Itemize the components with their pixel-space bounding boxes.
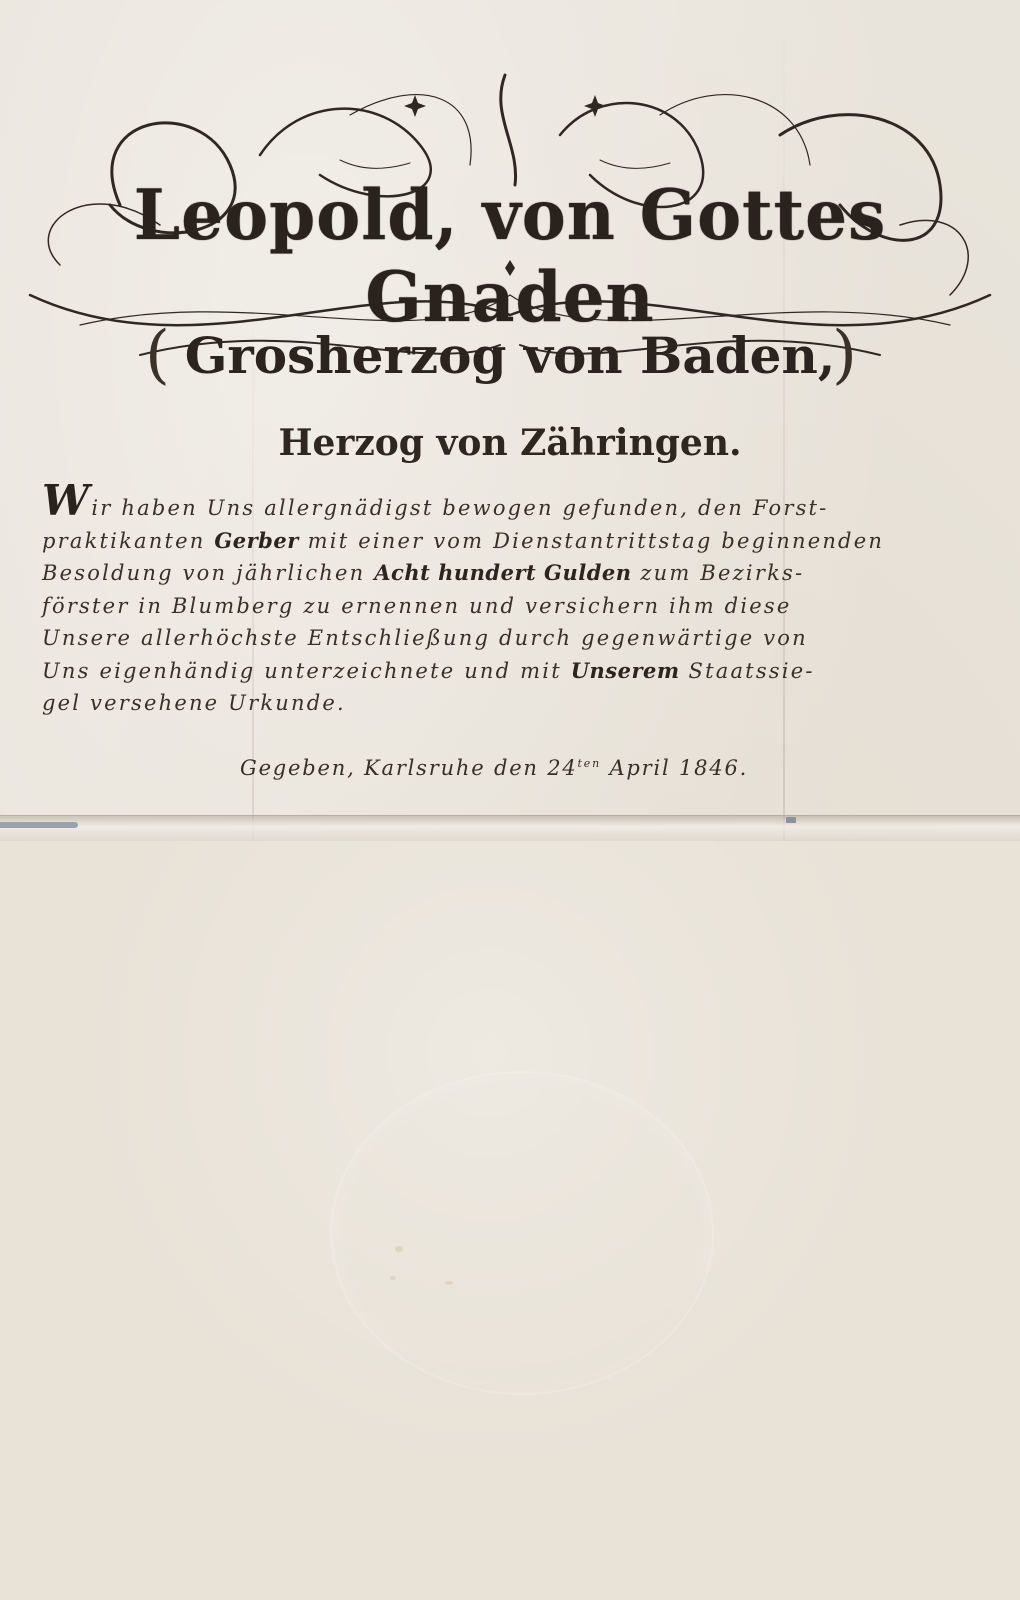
foxing-spot — [395, 1246, 403, 1252]
body-line-text: Unsere allerhöchste Entschließung durch … — [42, 626, 808, 650]
place-and-date: Gegeben, Karlsruhe den 24ten April 1846. — [240, 756, 748, 780]
body-line-text: zum Bezirks- — [632, 561, 805, 585]
body-line: Uns eigenhändig unterzeichnete und mit U… — [42, 655, 982, 688]
body-line-text: förster in Blumberg zu ernennen und vers… — [42, 594, 791, 618]
body-line-text: gel versehene Urkunde. — [42, 691, 346, 715]
salary-amount: Acht hundert Gulden — [374, 560, 631, 585]
body-line: praktikanten Gerber mit einer vom Dienst… — [42, 525, 982, 558]
body-line-text: Staatssie- — [680, 659, 815, 683]
document-subtitle-secondary: Herzog von Zähringen. — [0, 422, 1020, 464]
body-line: Wir haben Uns allergnädigst bewogen gefu… — [42, 485, 982, 525]
drop-cap: W — [42, 476, 91, 525]
body-line-text: Uns eigenhändig unterzeichnete und mit — [42, 659, 571, 683]
body-line-text: praktikanten — [42, 529, 214, 553]
foxing-spot — [445, 1281, 453, 1285]
body-line: gel versehene Urkunde. — [42, 687, 982, 720]
document-sheet: Leopold, von Gottes Gnaden ( Grosherzog … — [0, 0, 1020, 1600]
body-line-text: mit einer vom Dienstantrittstag beginnen… — [299, 529, 884, 553]
place-date-text: April 1846. — [601, 756, 748, 780]
blank-lower-page — [0, 841, 1020, 1600]
emphasized-word: Unserem — [571, 658, 680, 683]
handwritten-body-text: Wir haben Uns allergnädigst bewogen gefu… — [42, 485, 982, 720]
body-line-text: ir haben Uns allergnädigst bewogen gefun… — [91, 496, 828, 520]
metal-clip — [0, 822, 78, 828]
metal-pin — [786, 817, 796, 823]
embossed-seal — [330, 1071, 714, 1395]
appointee-name: Gerber — [214, 528, 298, 553]
right-bracket-ornament: ) — [832, 318, 857, 392]
body-line: förster in Blumberg zu ernennen und vers… — [42, 590, 982, 623]
body-line-text: Besoldung von jährlichen — [42, 561, 374, 585]
paper-fold — [0, 815, 1020, 842]
date-ordinal: ten — [578, 757, 601, 770]
body-line: Unsere allerhöchste Entschließung durch … — [42, 622, 982, 655]
place-date-text: Gegeben, Karlsruhe den 24 — [240, 756, 578, 780]
document-title: Leopold, von Gottes Gnaden — [0, 174, 1020, 338]
document-subtitle: Grosherzog von Baden, — [0, 326, 1020, 385]
body-line: Besoldung von jährlichen Acht hundert Gu… — [42, 557, 982, 590]
foxing-spot — [390, 1276, 396, 1280]
